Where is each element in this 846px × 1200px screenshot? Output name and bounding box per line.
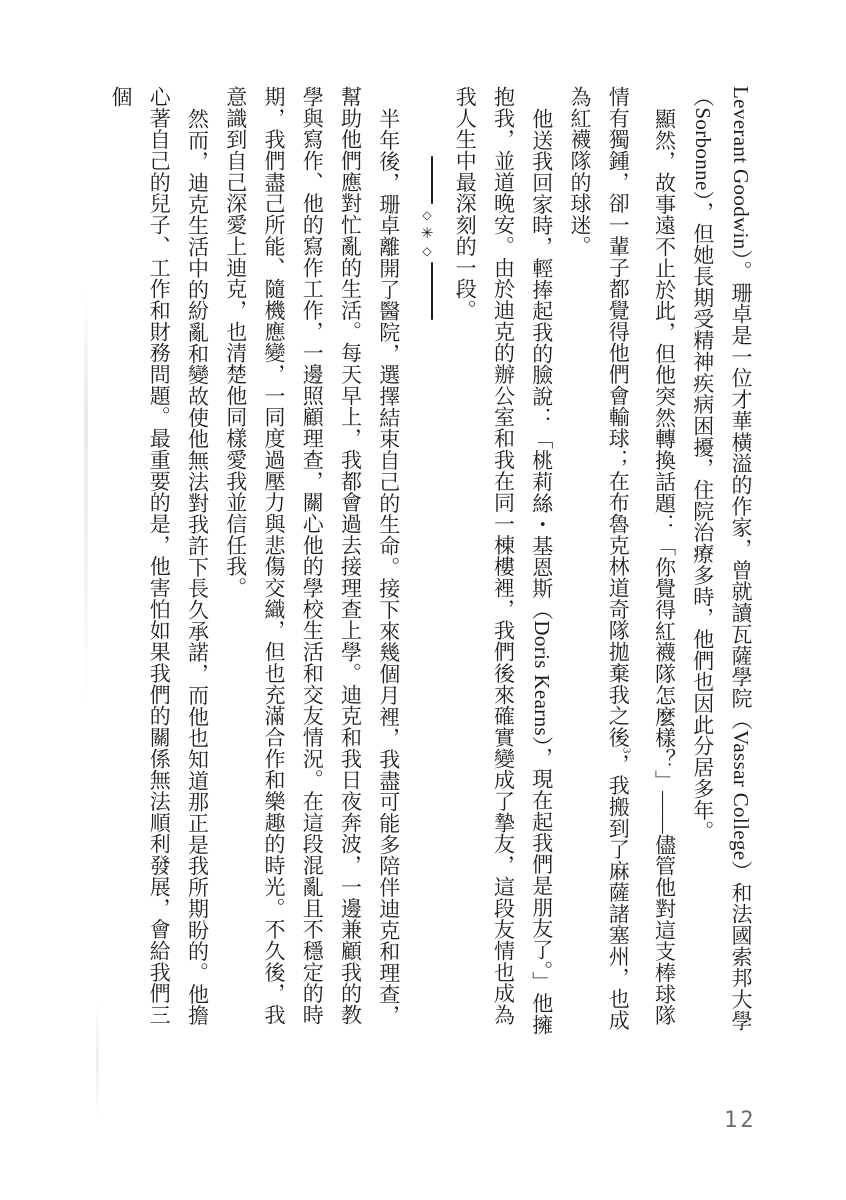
- paragraph: 顯然，故事遠不止於此，但他突然轉換話題：「你覺得紅襪隊怎麼樣？」——儘管他對這支…: [561, 86, 684, 1046]
- diamond-icon: ◇: [420, 208, 434, 222]
- scan-artifact: [96, 1000, 99, 1120]
- paragraph: 然而，迪克生活中的紛亂和變故使他無法對我許下長久承諾，而他也知道那正是我所期盼的…: [102, 86, 217, 1046]
- divider-line: [431, 262, 434, 320]
- page-number: 12: [724, 1108, 757, 1133]
- book-page: Leverant Goodwin）。珊卓是一位才華橫溢的作家，曾就讀瓦薩學院（V…: [0, 0, 846, 1200]
- page-text: Leverant Goodwin）。珊卓是一位才華橫溢的作家，曾就讀瓦薩學院（V…: [148, 86, 760, 1046]
- section-divider: ◇✳◇: [408, 86, 446, 1046]
- divider-line: [431, 156, 434, 204]
- paragraph: 他送我回家時，輕捧起我的臉說：「桃莉絲・基恩斯（Doris Kearns），現在…: [446, 86, 561, 1046]
- diamond-icon: ◇: [420, 244, 434, 258]
- asterisk-icon: ✳: [418, 224, 436, 242]
- paragraph: 半年後，珊卓離開了醫院，選擇結束自己的生命。接下來幾個月裡，我盡可能多陪伴迪克和…: [217, 86, 408, 1046]
- paragraph-continuation: Leverant Goodwin）。珊卓是一位才華橫溢的作家，曾就讀瓦薩學院（V…: [684, 86, 761, 1046]
- scan-artifact: [84, 290, 88, 710]
